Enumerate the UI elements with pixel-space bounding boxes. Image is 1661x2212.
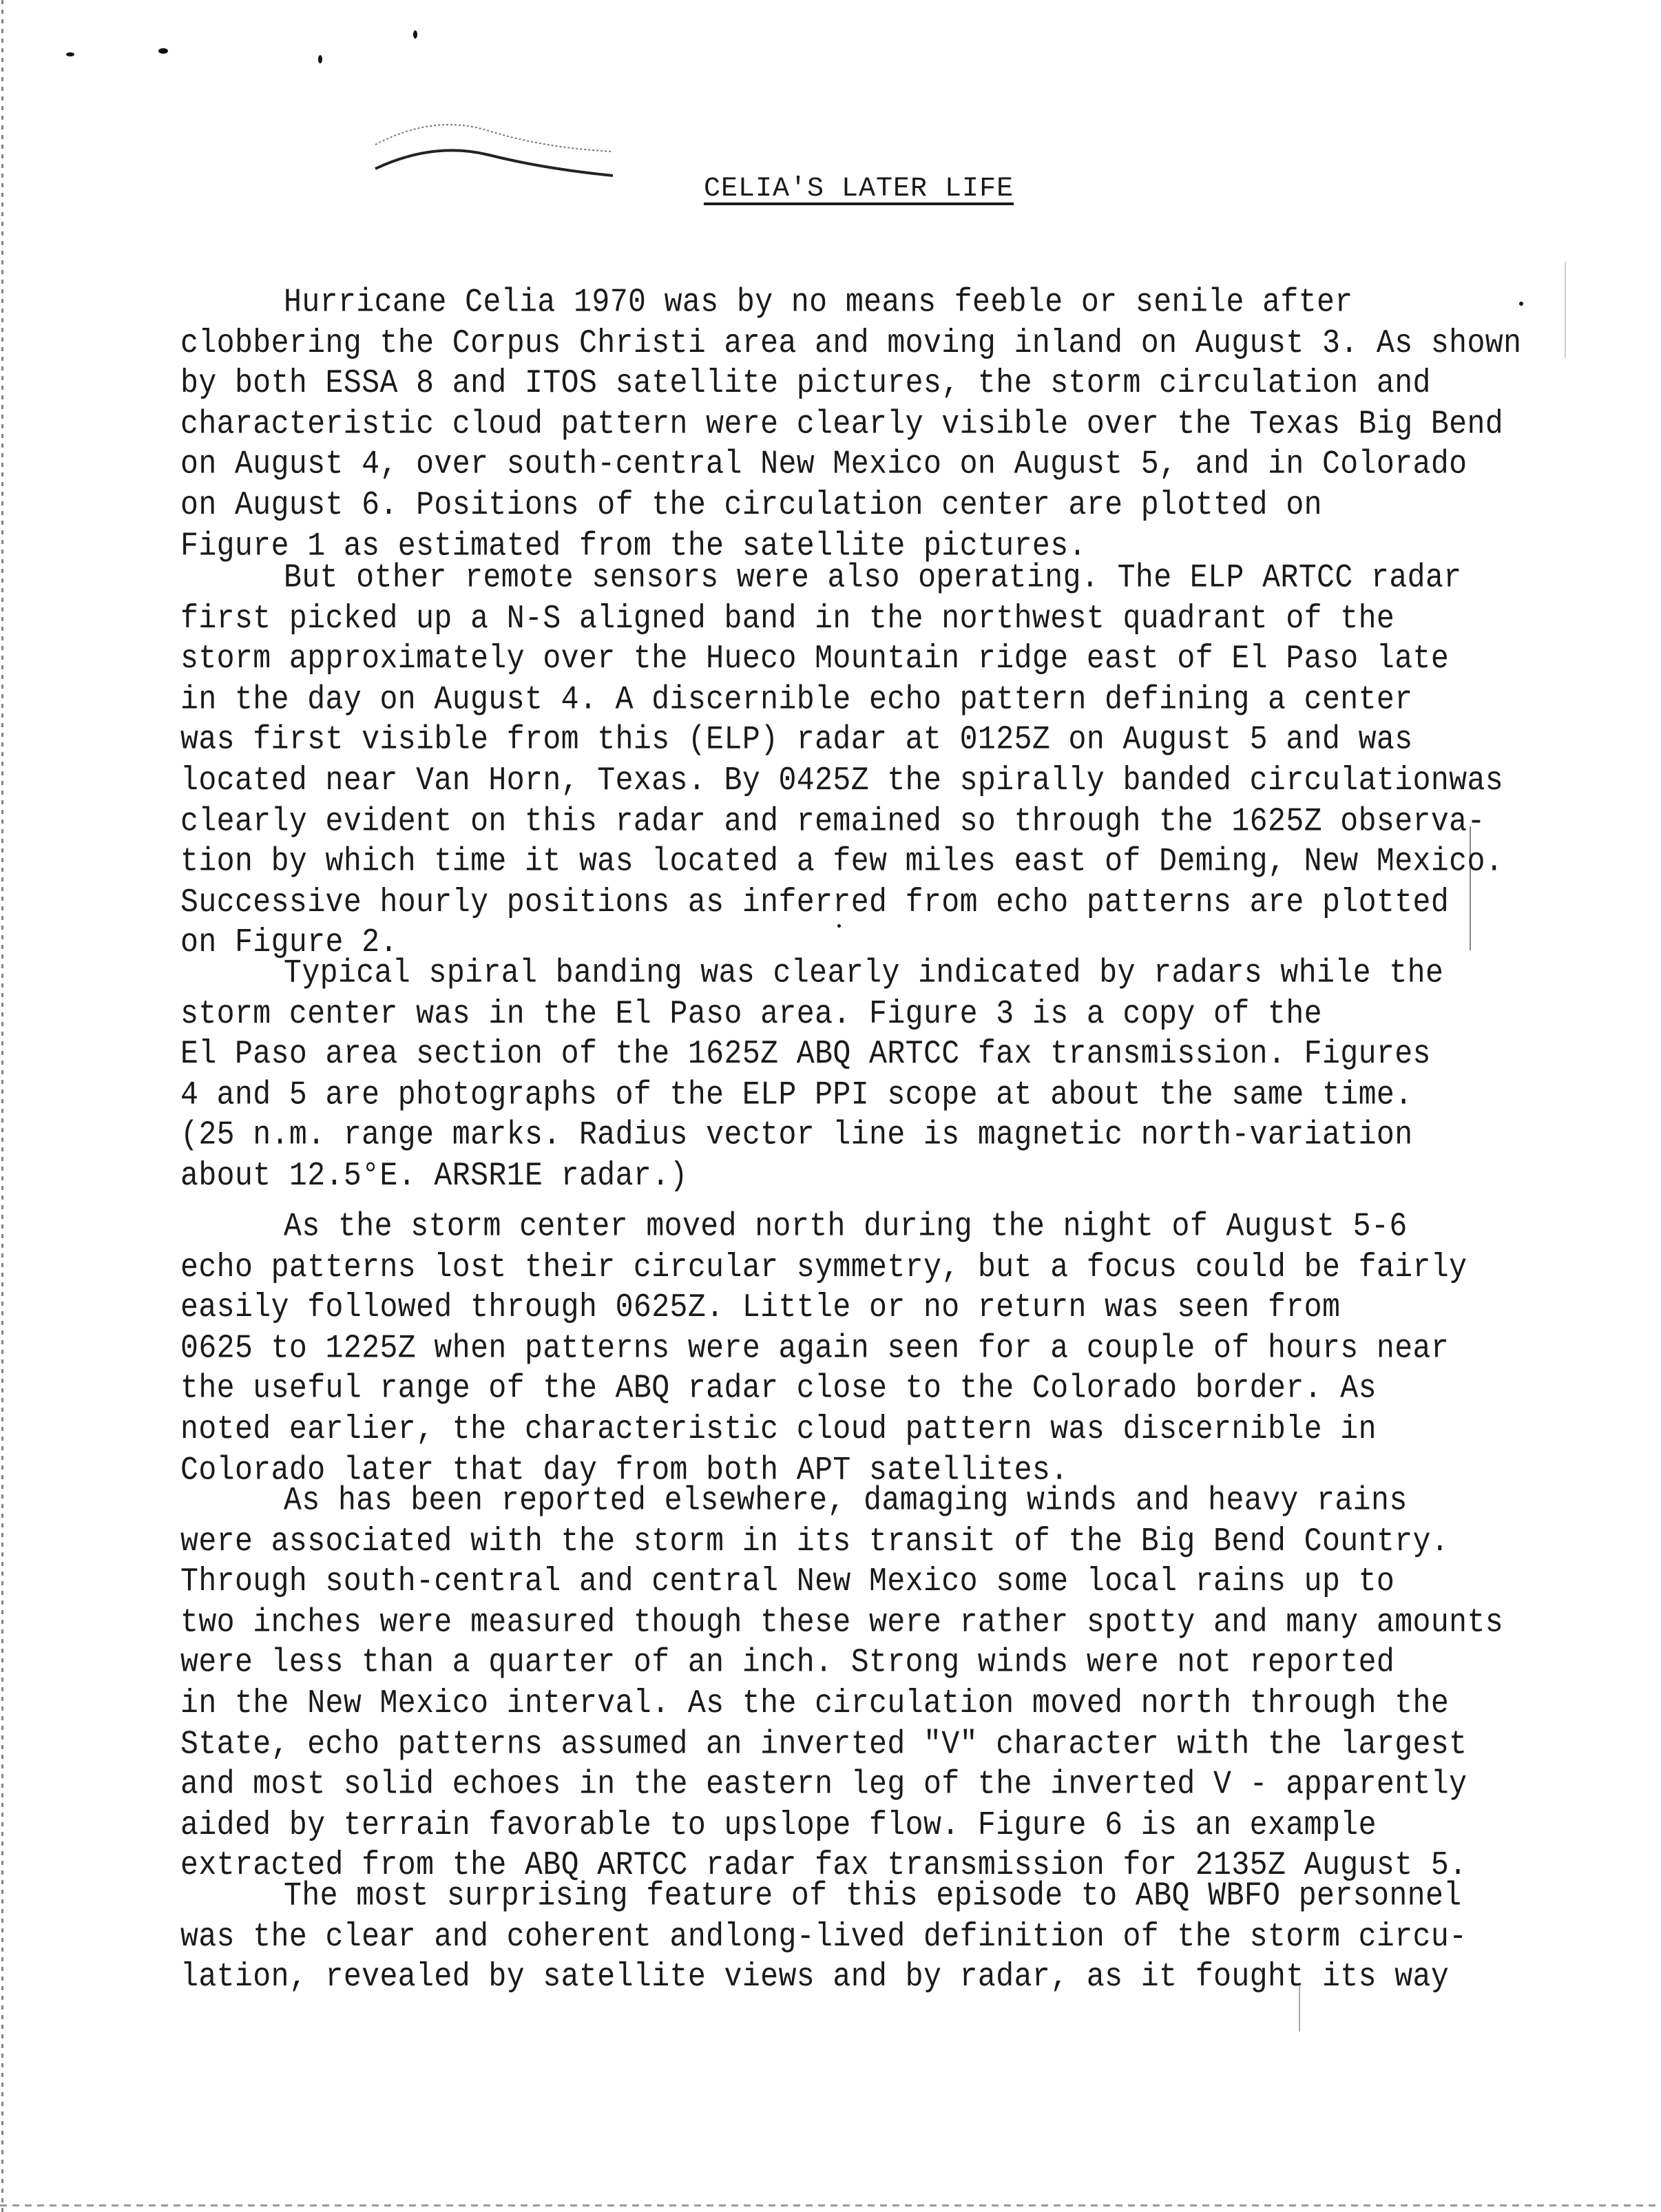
paragraph-2: But other remote sensors were also opera…	[180, 558, 1530, 963]
text-line: Typical spiral banding was clearly indic…	[180, 953, 1530, 994]
text-line: first picked up a N-S aligned band in th…	[180, 598, 1530, 639]
text-line: El Paso area section of the 1625Z ABQ AR…	[180, 1034, 1530, 1075]
text-line: The most surprising feature of this epis…	[180, 1876, 1530, 1917]
scan-edge-bottom	[0, 2204, 1661, 2206]
text-line: Through south-central and central New Me…	[180, 1562, 1530, 1603]
text-line: about 12.5°E. ARSR1E radar.)	[180, 1156, 1530, 1197]
scan-speck	[66, 52, 74, 56]
scan-speck	[318, 55, 322, 63]
text-line: two inches were measured though these we…	[180, 1603, 1530, 1643]
scan-curve-mark	[372, 117, 620, 186]
scan-edge-left	[1, 0, 3, 2212]
scan-speck	[413, 30, 417, 39]
text-line: easily followed through 0625Z. Little or…	[180, 1288, 1530, 1328]
document-page: CELIA'S LATER LIFE Hurricane Celia 1970 …	[0, 0, 1661, 2212]
paragraph-1: Hurricane Celia 1970 was by no means fee…	[180, 282, 1530, 566]
text-line: characteristic cloud pattern were clearl…	[180, 404, 1530, 445]
text-line: But other remote sensors were also opera…	[180, 558, 1530, 598]
text-line: As has been reported elsewhere, damaging…	[180, 1481, 1530, 1521]
text-line: and most solid echoes in the eastern leg…	[180, 1764, 1530, 1805]
text-line: noted earlier, the characteristic cloud …	[180, 1410, 1530, 1450]
text-line: on August 6. Positions of the circulatio…	[180, 486, 1530, 526]
text-line: As the storm center moved north during t…	[180, 1207, 1530, 1247]
text-line: lation, revealed by satellite views and …	[180, 1957, 1530, 1998]
text-line: were associated with the storm in its tr…	[180, 1521, 1530, 1562]
text-line: tion by which time it was located a few …	[180, 842, 1530, 882]
text-line: the useful range of the ABQ radar close …	[180, 1369, 1530, 1410]
text-line: were less than a quarter of an inch. Str…	[180, 1643, 1530, 1684]
text-line: in the New Mexico interval. As the circu…	[180, 1684, 1530, 1724]
text-line: Successive hourly positions as inferred …	[180, 882, 1530, 923]
paragraph-5: As has been reported elsewhere, damaging…	[180, 1481, 1530, 1886]
text-line: (25 n.m. range marks. Radius vector line…	[180, 1116, 1530, 1156]
paragraph-4: As the storm center moved north during t…	[180, 1207, 1530, 1490]
text-line: 4 and 5 are photographs of the ELP PPI s…	[180, 1075, 1530, 1116]
text-line: clearly evident on this radar and remain…	[180, 801, 1530, 842]
text-line: by both ESSA 8 and ITOS satellite pictur…	[180, 364, 1530, 404]
text-line: was first visible from this (ELP) radar …	[180, 720, 1530, 761]
text-line: Hurricane Celia 1970 was by no means fee…	[180, 282, 1530, 323]
text-line: State, echo patterns assumed an inverted…	[180, 1724, 1530, 1764]
text-line: echo patterns lost their circular symmet…	[180, 1247, 1530, 1288]
document-title: CELIA'S LATER LIFE	[704, 174, 1014, 205]
text-line: storm approximately over the Hueco Mount…	[180, 639, 1530, 680]
scan-margin-mark	[1565, 262, 1566, 358]
text-line: was the clear and coherent andlong-lived…	[180, 1917, 1530, 1957]
text-line: storm center was in the El Paso area. Fi…	[180, 994, 1530, 1034]
scan-speck	[158, 48, 168, 54]
text-line: 0625 to 1225Z when patterns were again s…	[180, 1328, 1530, 1369]
text-line: located near Van Horn, Texas. By 0425Z t…	[180, 761, 1530, 802]
text-line: in the day on August 4. A discernible ec…	[180, 680, 1530, 720]
text-line: clobbering the Corpus Christi area and m…	[180, 323, 1530, 364]
paragraph-3: Typical spiral banding was clearly indic…	[180, 953, 1530, 1196]
text-line: aided by terrain favorable to upslope fl…	[180, 1805, 1530, 1846]
text-line: on August 4, over south-central New Mexi…	[180, 445, 1530, 486]
paragraph-6: The most surprising feature of this epis…	[180, 1876, 1530, 1998]
